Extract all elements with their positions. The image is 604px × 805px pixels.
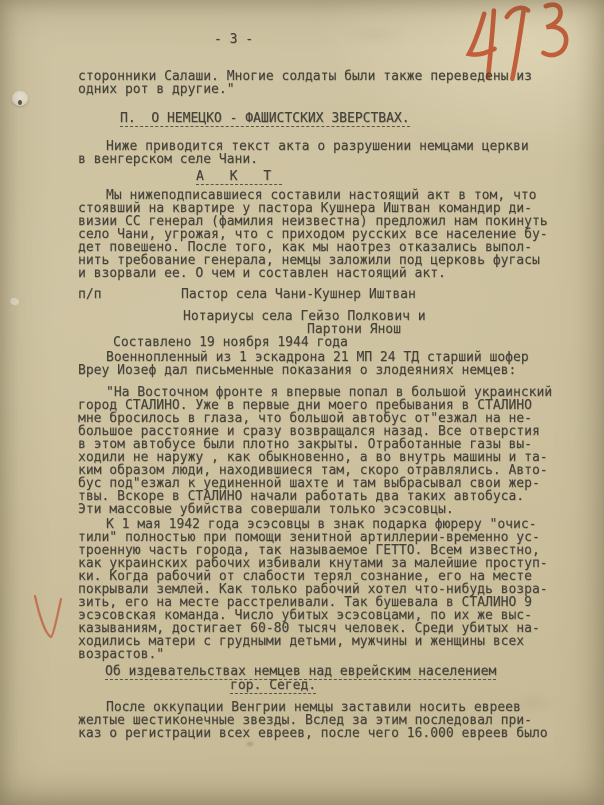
testimony1-paragraph: "На Восточном фронте я впервые попал в б… — [78, 386, 552, 516]
text-line: и взорвали ее. О чем и составлен настоящ… — [78, 267, 548, 280]
punch-hole-dot — [18, 100, 22, 105]
intro-paragraph: Ниже приводится текст акта о разрушении … — [78, 140, 529, 166]
document-page: - 3 - сторонники Салаши. Многие солдаты … — [0, 0, 604, 805]
paper-stain — [245, 740, 255, 748]
paper-stain — [340, 25, 410, 45]
testimony-intro-paragraph: Военнопленный из 1 эскадрона 21 МП 24 ТД… — [78, 351, 529, 377]
testimony2-paragraph: К 1 мая 1942 года эсэсовцы в знак подарк… — [78, 518, 548, 661]
signature-pastor: Пастор села Чани-Кушнер Иштван — [181, 288, 416, 301]
punch-hole — [12, 91, 28, 106]
signature-pp: п/п — [78, 288, 101, 301]
final-paragraph: После оккупации Венгрии немцы заставили … — [78, 701, 548, 740]
page-number: - 3 - — [214, 33, 253, 46]
act-paragraph: Мы нижеподписавшиеся составили настоящий… — [78, 189, 548, 280]
margin-checkmark-icon — [30, 592, 64, 648]
text-line: Вреу Иозеф дал письменные показания о зл… — [78, 364, 529, 377]
signature-date: Составлено 19 ноября 1944 года — [113, 336, 348, 349]
text-line: возрастов." — [78, 648, 548, 661]
text-line: Эти массовые убийства совершали только э… — [78, 503, 552, 516]
continuation-paragraph: сторонники Салаши. Многие солдаты были т… — [78, 70, 532, 96]
paper-speck — [9, 297, 20, 306]
section1-heading: П. О НЕМЕЦКО - ФАШИСТСКИХ ЗВЕРСТВАХ. — [120, 111, 410, 127]
act-heading: А К Т — [196, 169, 282, 185]
text-line: в венгерском селе Чани. — [78, 153, 529, 166]
text-line: одних рот в другие." — [78, 83, 532, 96]
text-line: каз о регистрации всех евреев, после чег… — [78, 727, 548, 740]
section2-heading-line2: гор. Сегед. — [230, 678, 316, 694]
